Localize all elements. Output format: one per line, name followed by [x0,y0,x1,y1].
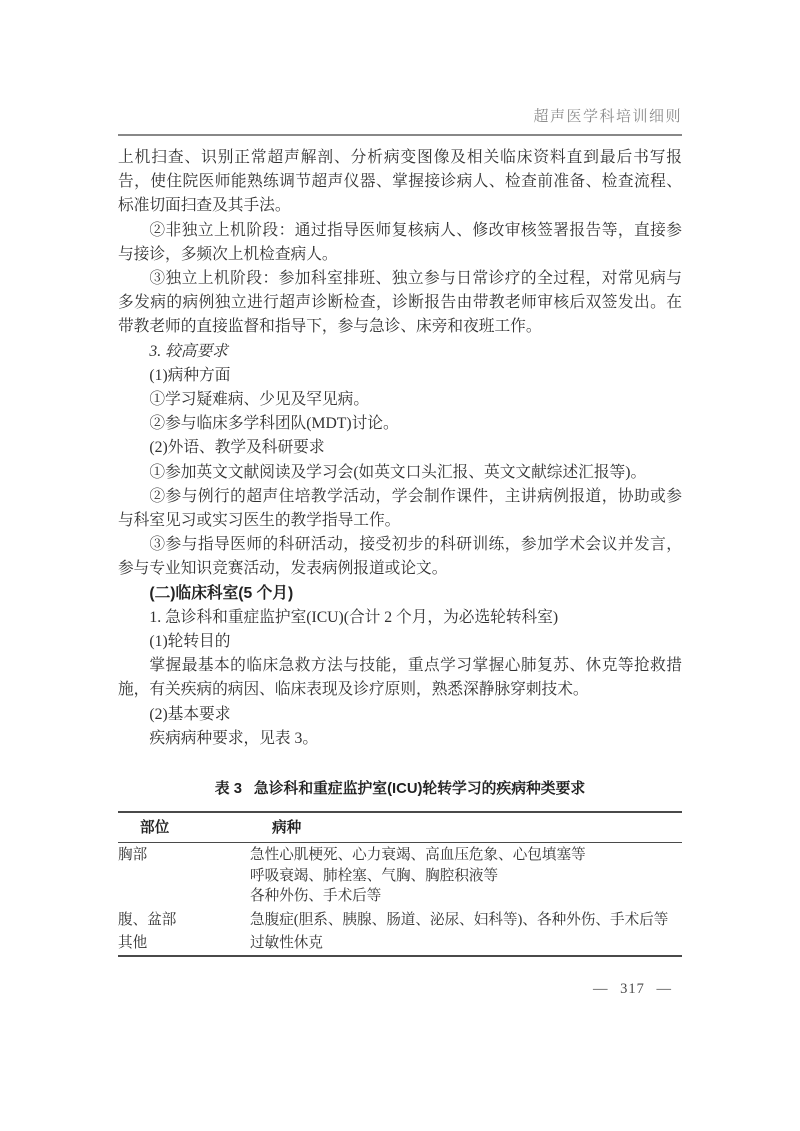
paragraph: 疾病病种要求，见表 3。 [118,727,682,751]
paragraph: (2)基本要求 [118,703,682,727]
paragraph: ②非独立上机阶段：通过指导医师复核病人、修改审核签署报告等，直接参与接诊，多频次… [118,219,682,267]
disease-cell: 急腹症(胆系、胰腺、肠道、泌尿、妇科等)、各种外伤、手术后等 [250,908,682,932]
section-heading: (二)临床科室(5 个月) [118,582,682,606]
site-cell: 其他 [118,931,250,956]
document-page: 超声医学科培训细则 上机扫查、识别正常超声解剖、分析病变图像及相关临床资料直到最… [0,0,800,1131]
disease-line: 急腹症(胆系、胰腺、肠道、泌尿、妇科等)、各种外伤、手术后等 [250,910,682,931]
header-row: 部位 病种 [118,812,682,843]
table-title: 表 3急诊科和重症监护室(ICU)轮转学习的疾病种类要求 [118,779,682,799]
paragraph: ①学习疑难病、少见及罕见病。 [118,388,682,412]
disease-cell: 过敏性休克 [250,931,682,956]
site-cell: 胸部 [118,843,250,908]
paragraph: ②参与临床多学科团队(MDT)讨论。 [118,412,682,436]
disease-line: 呼吸衰竭、肺栓塞、气胸、胸腔积液等 [250,866,682,887]
page-header: 超声医学科培训细则 [118,110,682,125]
table-label: 表 3 [215,781,242,797]
column-header-disease: 病种 [250,812,682,843]
table-row: 胸部急性心肌梗死、心力衰竭、高血压危象、心包填塞等呼吸衰竭、肺栓塞、气胸、胸腔积… [118,843,682,908]
paragraph: 1. 急诊科和重症监护室(ICU)(合计 2 个月，为必选轮转科室) [118,606,682,630]
disease-table-body: 胸部急性心肌梗死、心力衰竭、高血压危象、心包填塞等呼吸衰竭、肺栓塞、气胸、胸腔积… [118,843,682,956]
header-rule [118,134,682,136]
table-caption: 急诊科和重症监护室(ICU)轮转学习的疾病种类要求 [254,781,585,797]
body-text: 上机扫查、识别正常超声解剖、分析病变图像及相关临床资料直到最后书写报告，使住院医… [118,146,682,751]
page-number: — 317 — [593,981,672,997]
paragraph: (1)轮转目的 [118,630,682,654]
paragraph: ③独立上机阶段：参加科室排班、独立参与日常诊疗的全过程，对常见病与多发病的病例独… [118,267,682,340]
paragraph: (2)外语、教学及科研要求 [118,436,682,460]
paragraph: (1)病种方面 [118,364,682,388]
table-row: 其他过敏性休克 [118,931,682,956]
disease-line: 急性心肌梗死、心力衰竭、高血压危象、心包填塞等 [250,845,682,866]
subsection-heading: 3. 较高要求 [118,340,682,364]
paragraph: ③参与指导医师的科研活动，接受初步的科研训练，参加学术会议并发言，参与专业知识竞… [118,533,682,581]
table-row: 腹、盆部急腹症(胆系、胰腺、肠道、泌尿、妇科等)、各种外伤、手术后等 [118,908,682,932]
disease-line: 过敏性休克 [250,933,682,954]
disease-table: 部位 病种 胸部急性心肌梗死、心力衰竭、高血压危象、心包填塞等呼吸衰竭、肺栓塞、… [118,811,682,957]
disease-table-header: 部位 病种 [118,812,682,843]
paragraph: 上机扫查、识别正常超声解剖、分析病变图像及相关临床资料直到最后书写报告，使住院医… [118,146,682,219]
disease-line: 各种外伤、手术后等 [250,886,682,907]
page-content: 超声医学科培训细则 上机扫查、识别正常超声解剖、分析病变图像及相关临床资料直到最… [118,0,682,998]
paragraph: ②参与例行的超声住培教学活动，学会制作课件，主讲病例报道，协助或参与科室见习或实… [118,485,682,533]
page-footer: — 317 — [118,981,682,998]
disease-cell: 急性心肌梗死、心力衰竭、高血压危象、心包填塞等呼吸衰竭、肺栓塞、气胸、胸腔积液等… [250,843,682,908]
running-title: 超声医学科培训细则 [533,109,682,125]
paragraph: ①参加英文文献阅读及学习会(如英文口头汇报、英文文献综述汇报等)。 [118,461,682,485]
site-cell: 腹、盆部 [118,908,250,932]
paragraph: 掌握最基本的临床急救方法与技能，重点学习掌握心肺复苏、休克等抢救措施，有关疾病的… [118,654,682,702]
column-header-site: 部位 [118,812,250,843]
